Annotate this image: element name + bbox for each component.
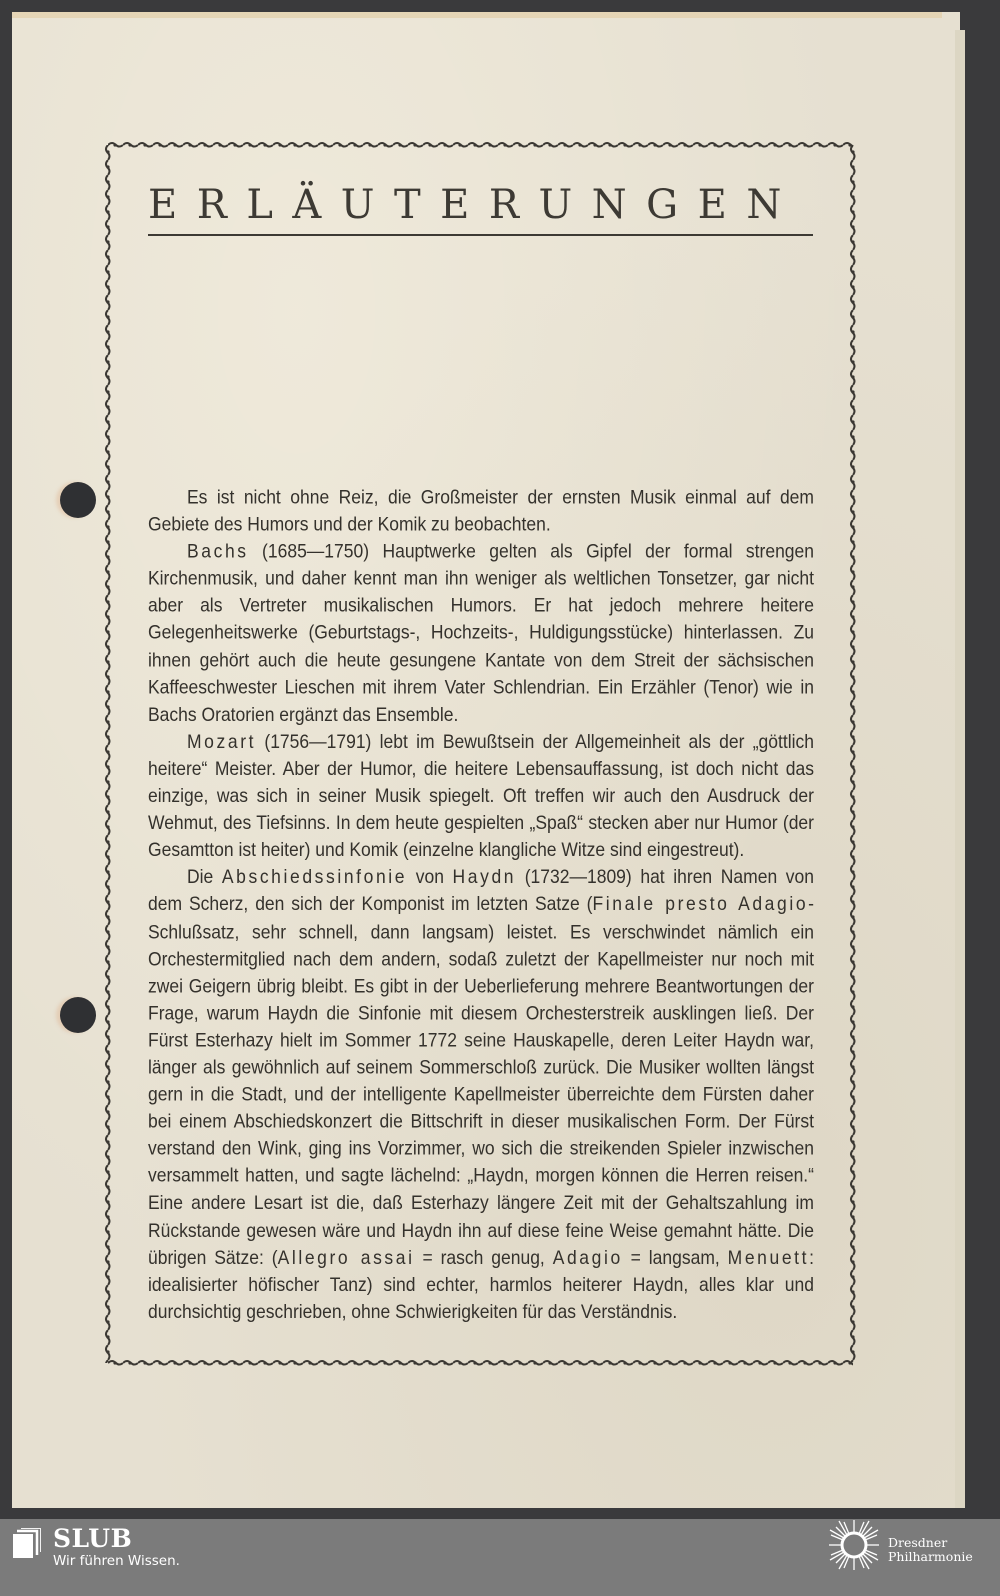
- punch-hole-bottom: [60, 997, 96, 1033]
- paragraph: Bachs (1685—1750) Hauptwerke gelten als …: [148, 537, 814, 727]
- page-edge-right: [955, 30, 965, 1508]
- footer-bar: SLUB Wir führen Wissen.: [0, 1519, 1000, 1596]
- text-run: = langsam,: [623, 1246, 728, 1269]
- border-bottom-ornament: [108, 1358, 853, 1368]
- dresdner-philharmonie-logo-text: Dresdner Philharmonie: [888, 1536, 973, 1564]
- paragraph: Die Abschiedssinfonie von Haydn (1732—18…: [148, 863, 814, 1325]
- spaced-emphasis: Allegro assai: [278, 1246, 415, 1269]
- text-run: (1685—1750) Hauptwerke gelten als Gipfel…: [148, 540, 814, 725]
- page-title: ERLÄUTERUNGEN: [148, 180, 813, 230]
- spaced-emphasis: Adagio: [553, 1246, 623, 1269]
- title-underline: [148, 234, 813, 236]
- spaced-emphasis: Finale presto Adagio: [593, 893, 809, 916]
- spaced-emphasis: Mozart: [187, 730, 256, 753]
- spaced-emphasis: Abschiedssinfonie: [222, 865, 407, 888]
- dp-line-1: Dresdner: [888, 1536, 973, 1550]
- page-edge-top: [12, 12, 942, 18]
- paragraph: Mozart (1756—1791) lebt im Bewußtsein de…: [148, 727, 814, 863]
- text-run: Es ist nicht ohne Reiz, die Großmeister …: [148, 485, 814, 535]
- paragraph: Es ist nicht ohne Reiz, die Großmeister …: [148, 483, 814, 537]
- spaced-emphasis: Menuett: [728, 1246, 809, 1269]
- border-left-ornament: [103, 145, 113, 1363]
- sunburst-ring-icon: [826, 1517, 882, 1573]
- spaced-emphasis: Haydn: [453, 865, 517, 888]
- text-run: von: [407, 865, 452, 888]
- dp-line-2: Philharmonie: [888, 1550, 973, 1564]
- text-run: = rasch genug,: [415, 1246, 553, 1269]
- body-text: Es ist nicht ohne Reiz, die Großmeister …: [148, 483, 814, 1325]
- slub-logo-text: SLUB: [53, 1524, 132, 1553]
- border-right-ornament: [848, 145, 858, 1363]
- spaced-emphasis: Bachs: [187, 540, 249, 563]
- slub-tagline: Wir führen Wissen.: [53, 1553, 180, 1569]
- border-top-ornament: [108, 140, 853, 150]
- text-run: Die: [187, 865, 222, 888]
- book-pages-icon: [13, 1528, 41, 1558]
- text-run: -Schlußsatz, sehr schnell, dann langsam)…: [148, 893, 814, 1269]
- punch-hole-top: [60, 482, 96, 518]
